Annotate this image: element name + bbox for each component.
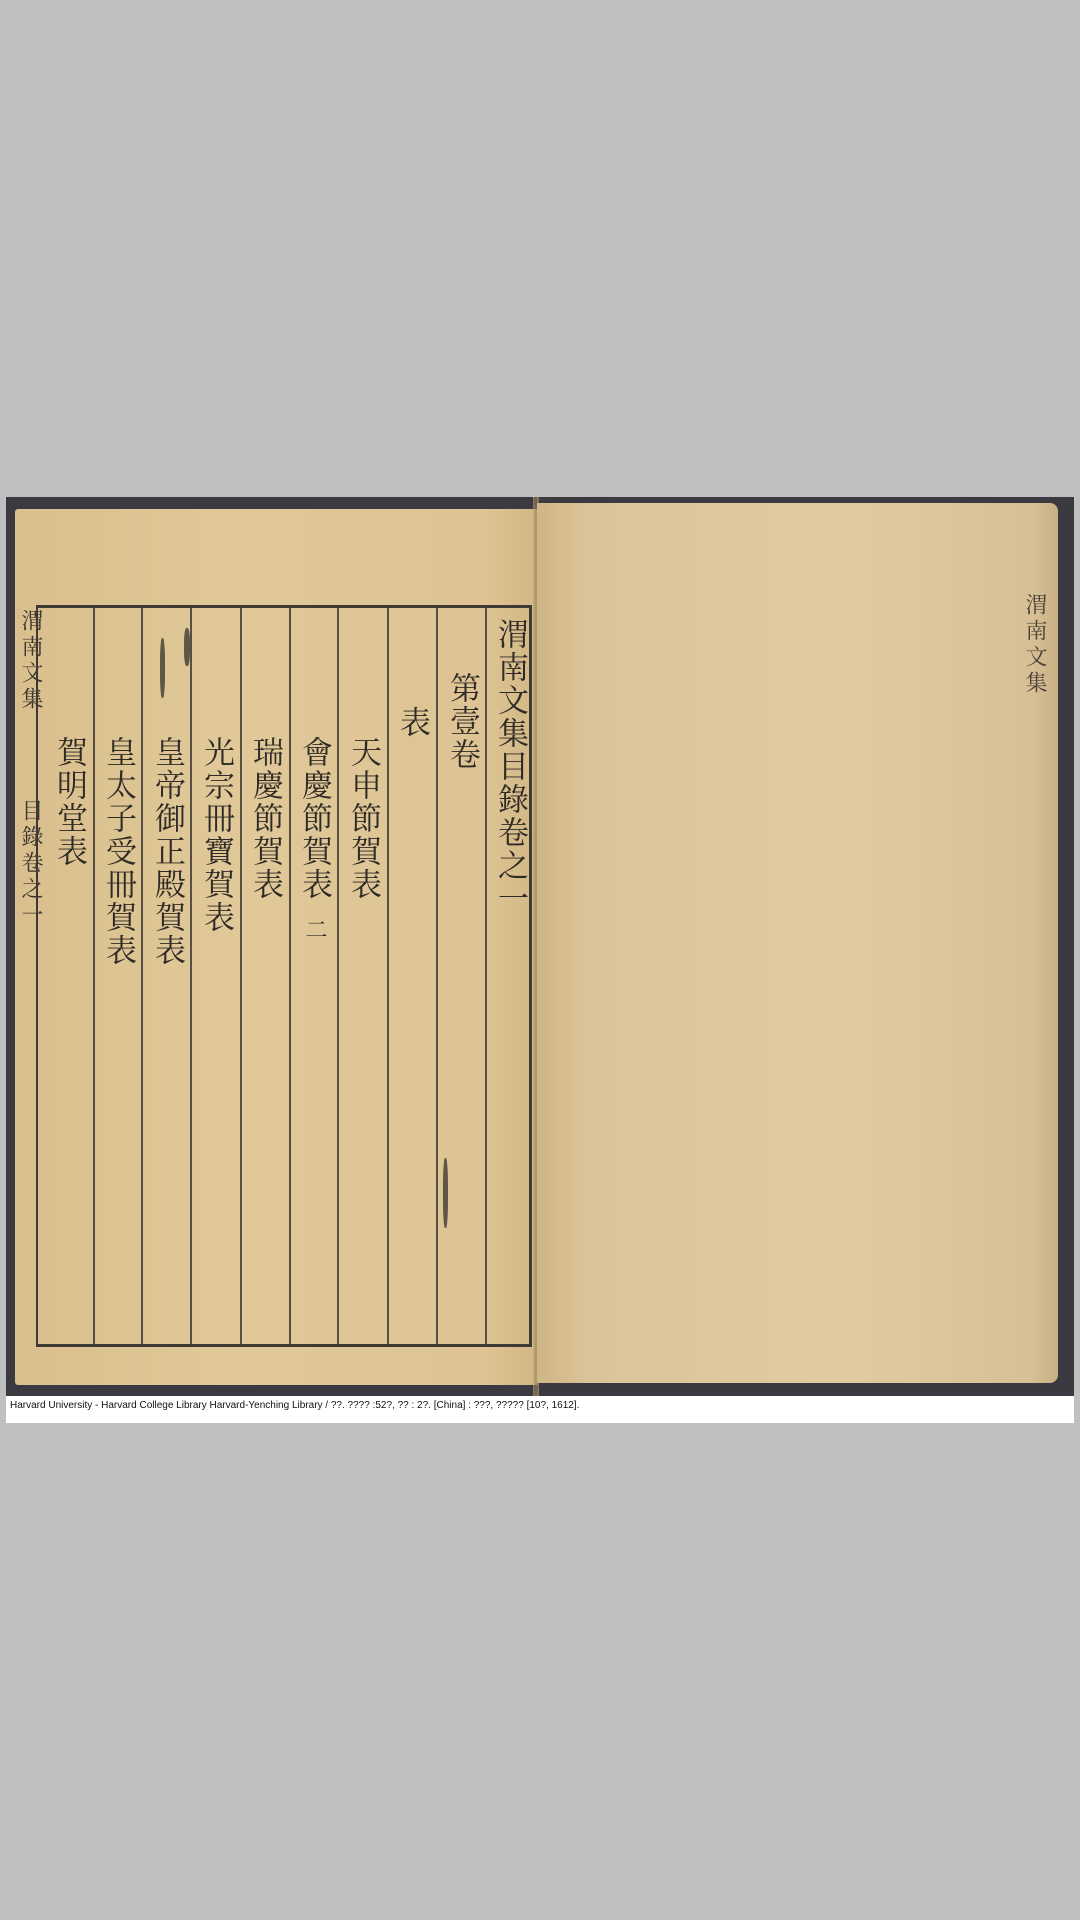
right-page: 渭南文集 嘉定二年己巳年八十五 三年書成除府寶謨閣待制 詔修撰同修國史實錄院同 … [537, 503, 1058, 1383]
column-rule [485, 608, 487, 1344]
column-rule [387, 608, 389, 1344]
ink-smudge [184, 628, 190, 666]
column-rule [436, 608, 438, 1344]
ink-smudge [160, 638, 165, 698]
entry-title: 瑞慶節賀表 [249, 736, 280, 901]
category-label: 表 [396, 706, 427, 739]
entry-title: 皇太子受冊賀表 [102, 736, 133, 967]
left-page: 渭南文集 目錄卷之一 渭南文集目錄卷之一 第壹卷 表 天申節賀表 會慶節賀表 二 [15, 509, 537, 1385]
image-attribution-caption: Harvard University - Harvard College Lib… [10, 1400, 579, 1411]
entry-title: 會慶節賀表 [298, 736, 329, 901]
column-rule [93, 608, 95, 1344]
left-page-frame: 渭南文集目錄卷之一 第壹卷 表 天申節賀表 會慶節賀表 二 瑞慶節賀表 光宗冊寶… [36, 605, 532, 1347]
ink-smudge [443, 1158, 448, 1228]
column-rule [337, 608, 339, 1344]
entry-count: 二 [303, 918, 325, 940]
column-rule [190, 608, 192, 1344]
column-rule [240, 608, 242, 1344]
entry-title: 賀明堂表 [53, 736, 84, 868]
column-rule [289, 608, 291, 1344]
volume-label: 第壹卷 [446, 672, 477, 771]
right-margin-title: 渭南文集 [1023, 593, 1045, 697]
catalog-title: 渭南文集目錄卷之一 [494, 618, 525, 915]
scanned-book-spread: 渭南文集 目錄卷之一 渭南文集目錄卷之一 第壹卷 表 天申節賀表 會慶節賀表 二 [6, 497, 1074, 1396]
entry-title: 皇帝御正殿賀表 [151, 736, 182, 967]
entry-title: 天申節賀表 [347, 736, 378, 901]
entry-title: 光宗冊寶賀表 [200, 736, 231, 934]
column-rule [141, 608, 143, 1344]
image-viewer: 渭南文集 目錄卷之一 渭南文集目錄卷之一 第壹卷 表 天申節賀表 會慶節賀表 二 [6, 497, 1074, 1423]
